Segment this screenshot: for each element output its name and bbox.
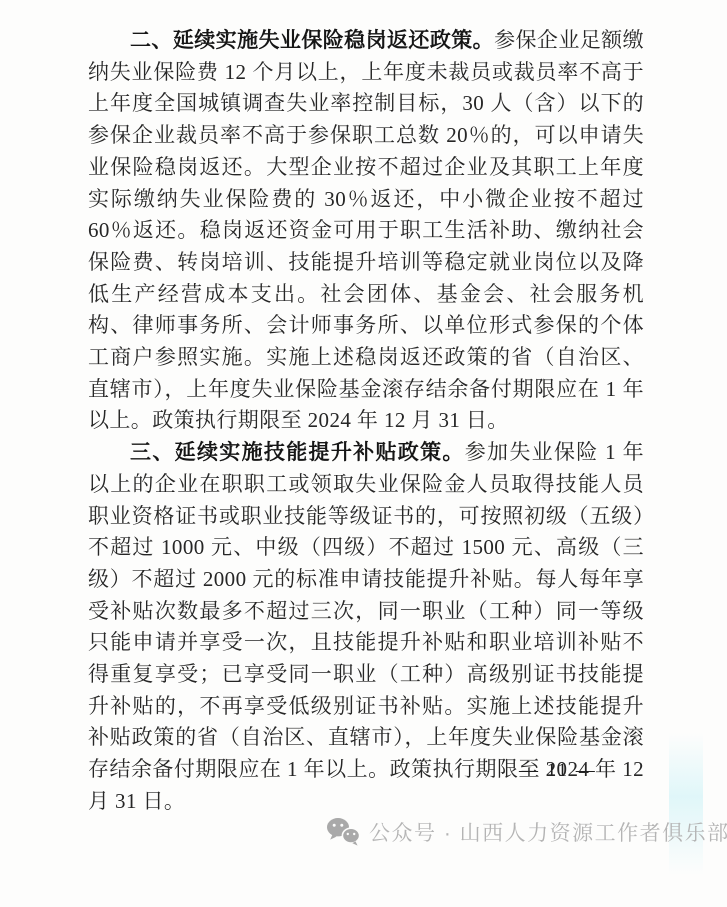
section-3-heading: 三、延续实施技能提升补贴政策。 [130,440,465,464]
wechat-icon [326,817,360,847]
section-2-body: 参保企业足额缴纳失业保险费 12 个月以上，上年度未裁员或裁员率不高于上年度全国… [88,28,644,432]
scanned-page: 二、延续实施失业保险稳岗返还政策。参保企业足额缴纳失业保险费 12 个月以上，上… [0,0,727,907]
watermark: 公众号 · 山西人力资源工作者俱乐部 [326,817,727,847]
document-body: 二、延续实施失业保险稳岗返还政策。参保企业足额缴纳失业保险费 12 个月以上，上… [88,25,644,818]
scan-edge-tint [669,733,703,875]
section-2-heading: 二、延续实施失业保险稳岗返还政策。 [130,28,494,52]
watermark-label: 公众号 · 山西人力资源工作者俱乐部 [369,817,727,847]
section-3-body: 参加失业保险 1 年以上的企业在职职工或领取失业保险金人员取得技能人员职业资格证… [88,440,644,813]
page-number: — 11 — [519,760,597,782]
paragraph-stable-return-policy: 二、延续实施失业保险稳岗返还政策。参保企业足额缴纳失业保险费 12 个月以上，上… [88,25,644,437]
